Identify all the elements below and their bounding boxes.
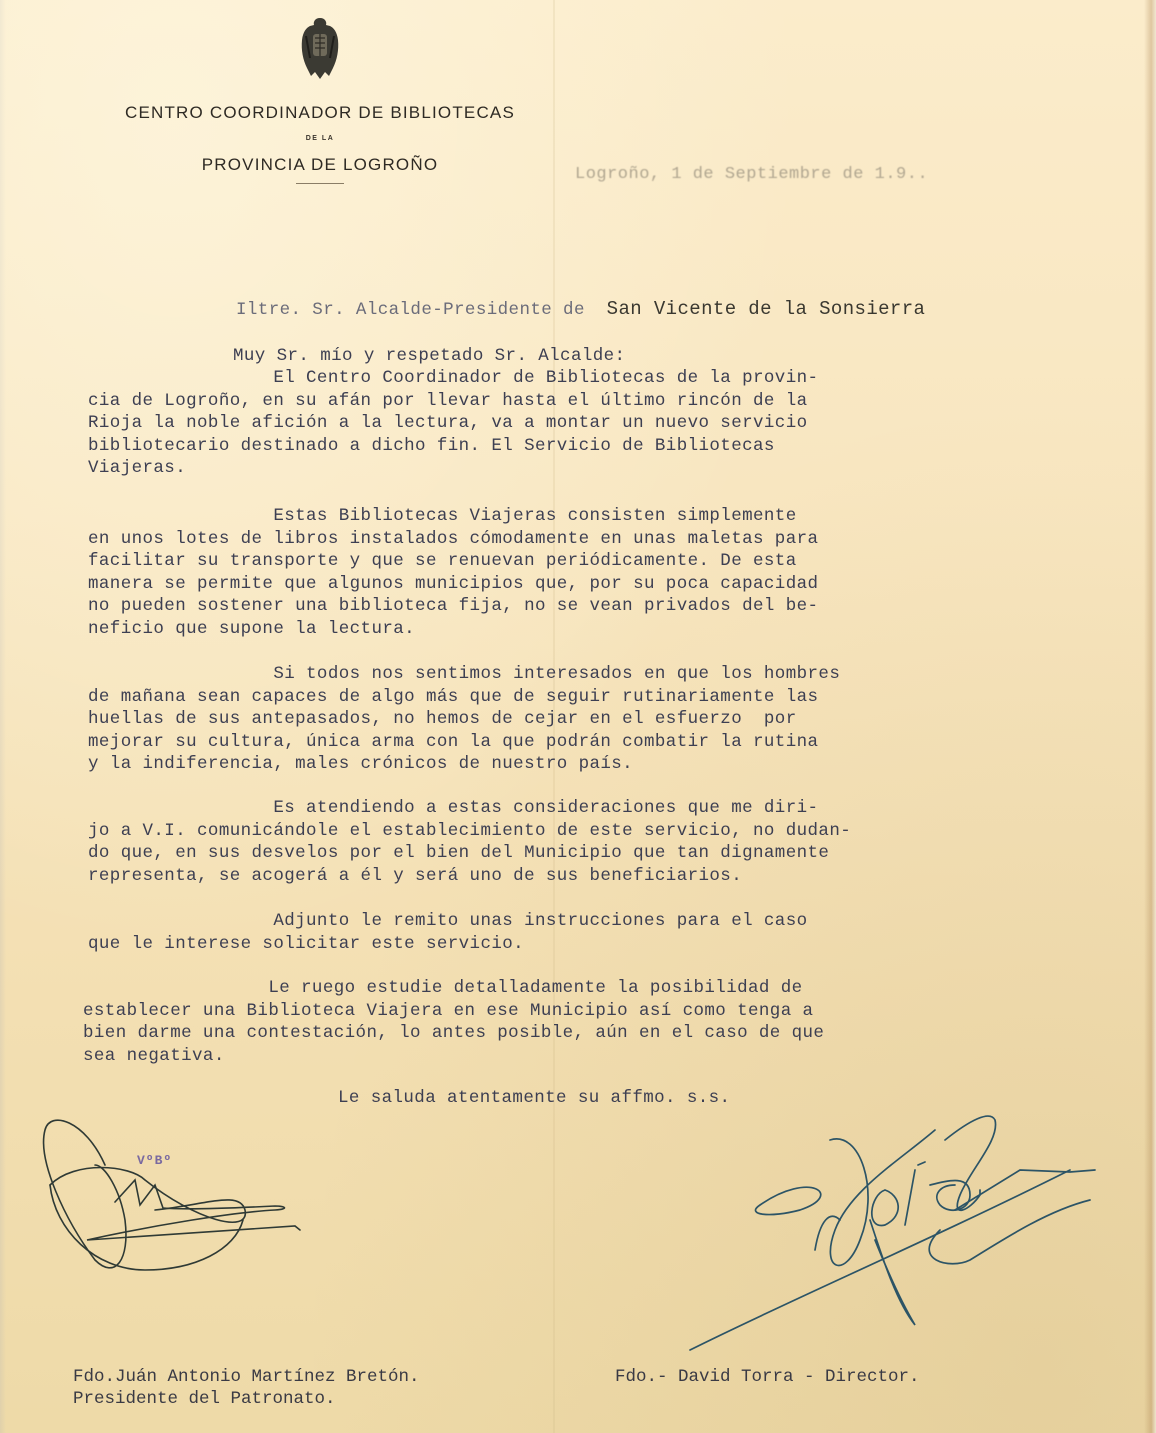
letterhead-divider	[296, 183, 344, 184]
signatory-left-name: Fdo.Juán Antonio Martínez Bretón.	[73, 1366, 420, 1388]
paragraph-2: Estas Bibliotecas Viajeras consisten sim…	[88, 505, 818, 640]
paragraph-line: y la indiferencia, males crónicos de nue…	[88, 753, 840, 776]
signatory-left: Fdo.Juán Antonio Martínez Bretón.Preside…	[73, 1366, 420, 1410]
paragraph-line: no pueden sostener una biblioteca fija, …	[88, 595, 818, 618]
paragraph-4: Es atendiendo a estas consideraciones qu…	[88, 797, 851, 887]
paragraph-line: cia de Logroño, en su afán por llevar ha…	[88, 390, 818, 413]
paragraph-3: Si todos nos sentimos interesados en que…	[88, 663, 840, 776]
paper-edge	[1144, 0, 1156, 1433]
paragraph-6: Le ruego estudie detalladamente la posib…	[83, 977, 824, 1067]
signatory-right: Fdo.- David Torra - Director.	[615, 1366, 920, 1388]
date-line: Logroño, 1 de Septiembre de 1.9..	[575, 165, 928, 184]
letterhead-province: PROVINCIA DE LOGROÑO	[60, 155, 580, 175]
recipient-town: San Vicente de la Sonsierra	[607, 298, 926, 320]
paragraph-line: representa, se acogerá a él y será uno d…	[88, 865, 851, 888]
paragraph-line: manera se permite que algunos municipios…	[88, 573, 818, 596]
paragraph-line: Le ruego estudie detalladamente la posib…	[83, 977, 824, 1000]
paragraph-line: establecer una Biblioteca Viajera en ese…	[83, 1000, 824, 1023]
paragraph-line: bien darme una contestación, lo antes po…	[83, 1022, 824, 1045]
paragraph-line: sea negativa.	[83, 1045, 824, 1068]
signatory-left-title: Presidente del Patronato.	[73, 1388, 420, 1410]
signature-left-icon	[35, 1110, 335, 1280]
letterhead-connector: DE LA	[60, 135, 580, 142]
paragraph-line: El Centro Coordinador de Bibliotecas de …	[88, 367, 818, 390]
paragraph-line: bibliotecario destinado a dicho fin. El …	[88, 435, 818, 458]
paragraph-5: Adjunto le remito unas instrucciones par…	[88, 910, 808, 955]
paragraph-line: Si todos nos sentimos interesados en que…	[88, 663, 840, 686]
paragraph-line: Es atendiendo a estas consideraciones qu…	[88, 797, 851, 820]
paragraph-line: neficio que supone la lectura.	[88, 618, 818, 641]
signatory-right-name: Fdo.- David Torra - Director.	[615, 1366, 920, 1388]
paragraph-line: mejorar su cultura, única arma con la qu…	[88, 731, 840, 754]
recipient-line: Iltre. Sr. Alcalde-Presidente de San Vic…	[236, 298, 925, 322]
signature-right-icon	[670, 1100, 1110, 1360]
paragraph-line: do que, en sus desvelos por el bien del …	[88, 842, 851, 865]
paragraph-1: El Centro Coordinador de Bibliotecas de …	[88, 367, 818, 480]
paragraph-line: jo a V.I. comunicándole el establecimien…	[88, 820, 851, 843]
coat-of-arms-icon	[298, 16, 342, 82]
paragraph-line: facilitar su transporte y que se renueva…	[88, 550, 818, 573]
paragraph-line: de mañana sean capaces de algo más que d…	[88, 686, 840, 709]
paragraph-line: Adjunto le remito unas instrucciones par…	[88, 910, 808, 933]
paragraph-line: Estas Bibliotecas Viajeras consisten sim…	[88, 505, 818, 528]
paragraph-line: Rioja la noble afición a la lectura, va …	[88, 412, 818, 435]
paragraph-line: Viajeras.	[88, 457, 818, 480]
letterhead-org-name: CENTRO COORDINADOR DE BIBLIOTECAS	[80, 103, 560, 123]
visto-bueno-stamp: VºBº	[137, 1153, 172, 1168]
paragraph-line: en unos lotes de libros instalados cómod…	[88, 528, 818, 551]
paragraph-line: que le interese solicitar este servicio.	[88, 933, 808, 956]
recipient-title: Iltre. Sr. Alcalde-Presidente de	[236, 300, 585, 320]
paragraph-line: huellas de sus antepasados, no hemos de …	[88, 708, 840, 731]
salutation: Muy Sr. mío y respetado Sr. Alcalde:	[233, 345, 625, 368]
